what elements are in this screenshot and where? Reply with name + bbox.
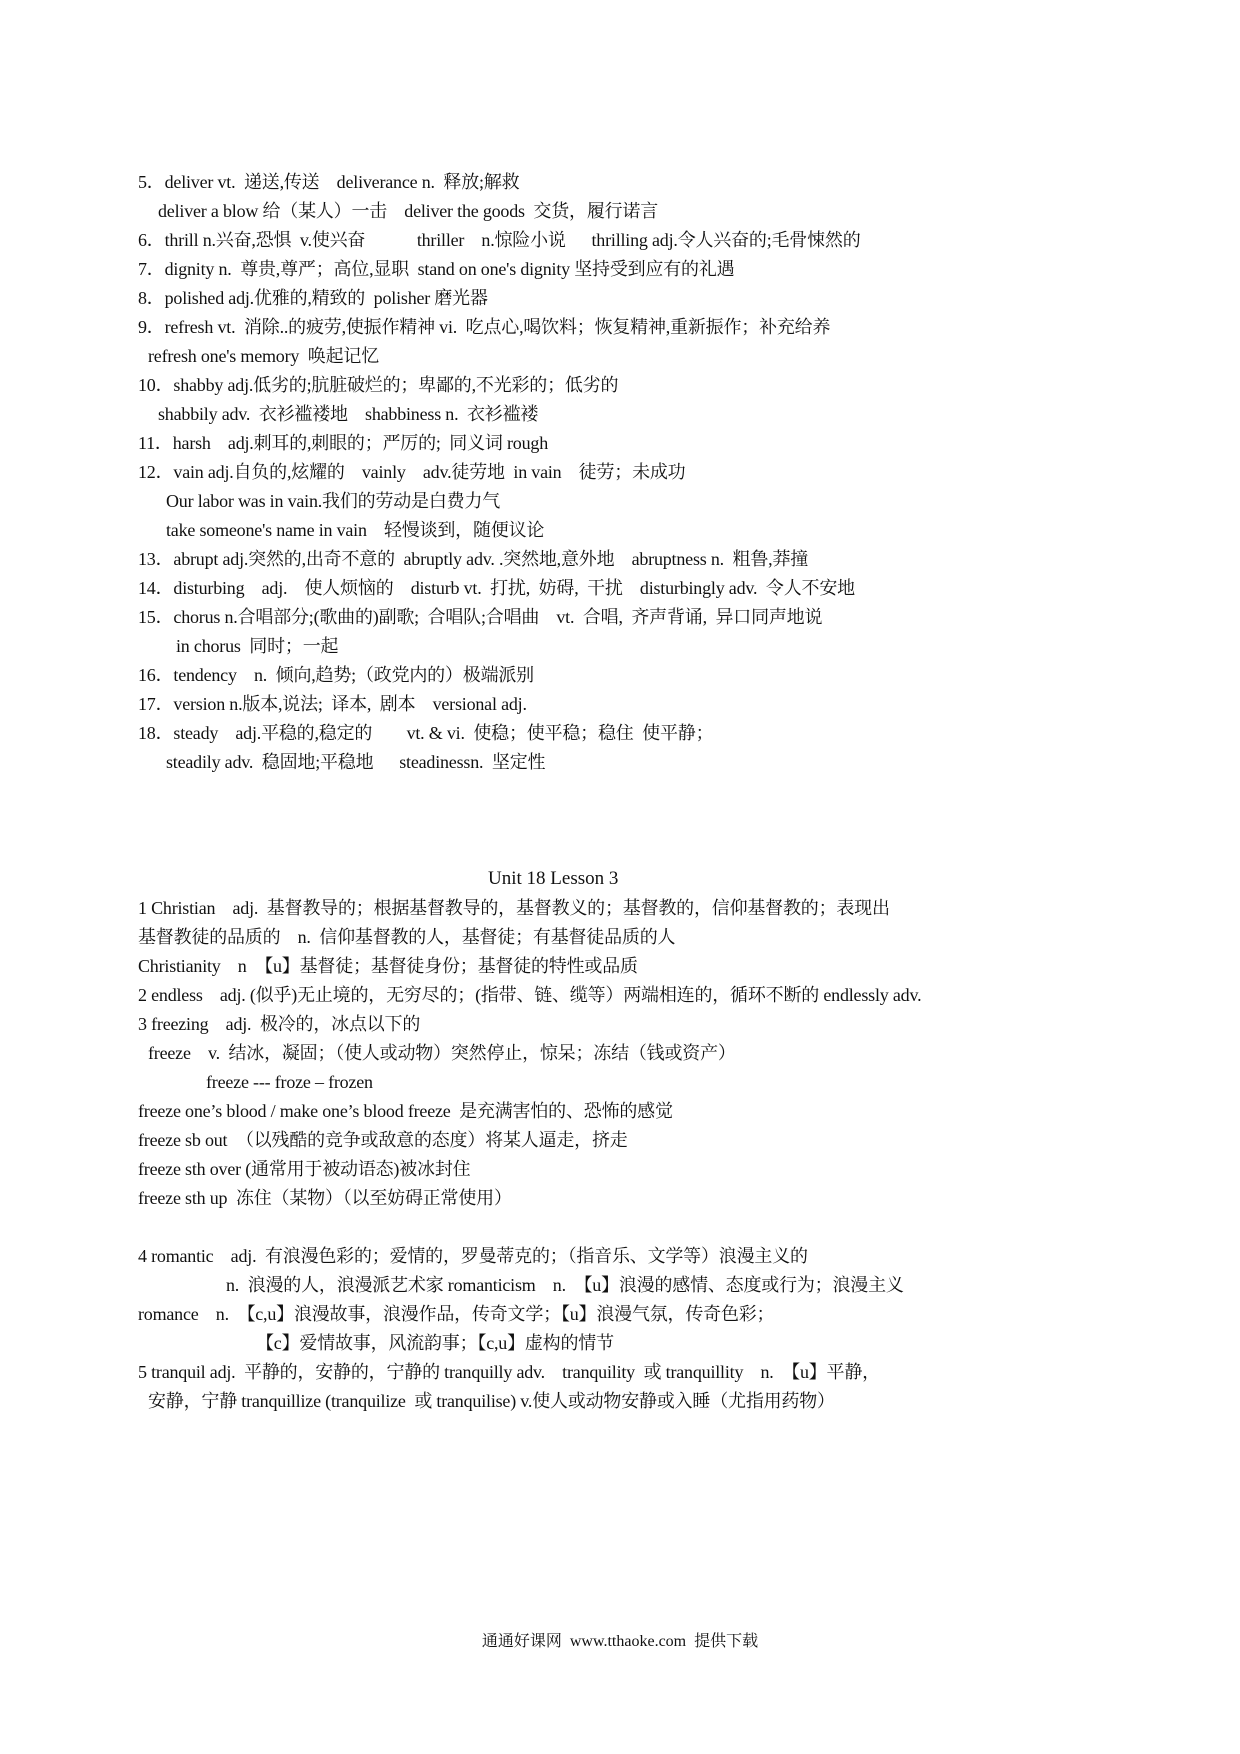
entry-freeze-up: freeze sth up 冻住（某物）（以至妨碍正常使用） [138,1186,512,1210]
entry-harsh: 11．harsh adj.刺耳的,刺眼的；严厉的; 同义词 rough [138,431,548,455]
entry-steady-derivatives: steadily adv. 稳固地;平稳地 steadinessn. 坚定性 [166,750,545,774]
entry-refresh-phrase: refresh one's memory 唤起记忆 [148,344,379,368]
entry-freeze-blood: freeze one’s blood / make one’s blood fr… [138,1099,673,1123]
page-footer: 通通好课网 www.tthaoke.com 提供下载 [0,1632,1240,1652]
entry-freeze-out: freeze sb out （以残酷的竞争或敌意的态度）将某人逼走，挤走 [138,1128,628,1152]
entry-deliver-phrases: deliver a blow 给（某人）一击 deliver the goods… [158,199,658,223]
entry-deliver: 5．deliver vt. 递送,传送 deliverance n. 释放;解救 [138,170,519,194]
entry-vain: 12．vain adj.自负的,炫耀的 vainly adv.徒劳地 in va… [138,460,685,484]
entry-dignity: 7．dignity n. 尊贵,尊严；高位,显职 stand on one's … [138,257,734,281]
entry-chorus-phrase: in chorus 同时；一起 [176,634,338,658]
entry-endless: 2 endless adj. (似乎)无止境的，无穷尽的；(指带、链、缆等）两端… [138,983,921,1007]
entry-romance-cont: 【c】爱情故事，风流韵事；【c,u】虚构的情节 [256,1331,614,1355]
entry-freezing: 3 freezing adj. 极冷的，冰点以下的 [138,1012,420,1036]
entry-refresh: 9．refresh vt. 消除..的疲劳,使振作精神 vi. 吃点心,喝饮料；… [138,315,830,339]
entry-tranquil-cont: 安静，宁静 tranquillize (tranquilize 或 tranqu… [148,1389,835,1413]
entry-chorus: 15．chorus n.合唱部分;(歌曲的)副歌; 合唱队;合唱曲 vt. 合唱… [138,605,822,629]
entry-freeze-forms: freeze --- froze – frozen [206,1070,373,1094]
entry-polished: 8．polished adj.优雅的,精致的 polisher 磨光器 [138,286,488,310]
entry-vain-example: Our labor was in vain.我们的劳动是白费力气 [166,489,500,513]
entry-christian-cont: 基督教徒的品质的 n. 信仰基督教的人，基督徒；有基督徒品质的人 [138,925,675,949]
entry-romantic-noun: n. 浪漫的人，浪漫派艺术家 romanticism n. 【u】浪漫的感情、态… [226,1273,904,1297]
entry-christian: 1 Christian adj. 基督教导的；根据基督教导的，基督教义的；基督教… [138,896,890,920]
entry-romance: romance n. 【c,u】浪漫故事，浪漫作品，传奇文学；【u】浪漫气氛，传… [138,1302,774,1326]
entry-disturbing: 14．disturbing adj. 使人烦恼的 disturb vt. 打扰,… [138,576,855,600]
entry-freeze: freeze v. 结冰，凝固；（使人或动物）突然停止，惊呆；冻结（钱或资产） [148,1041,736,1065]
entry-thrill: 6．thrill n.兴奋,恐惧 v.使兴奋 thriller n.惊险小说 t… [138,228,861,252]
entry-tranquil: 5 tranquil adj. 平静的，安静的，宁静的 tranquilly a… [138,1360,880,1384]
entry-steady: 18．steady adj.平稳的,稳定的 vt. & vi. 使稳；使平稳；稳… [138,721,713,745]
entry-shabby: 10．shabby adj.低劣的;肮脏破烂的；卑鄙的,不光彩的；低劣的 [138,373,618,397]
entry-shabby-derivatives: shabbily adv. 衣衫褴褛地 shabbiness n. 衣衫褴褛 [158,402,538,426]
entry-romantic: 4 romantic adj. 有浪漫色彩的；爱情的，罗曼蒂克的；（指音乐、文学… [138,1244,808,1268]
entry-tendency: 16．tendency n. 倾向,趋势;（政党内的）极端派别 [138,663,534,687]
entry-vain-phrase: take someone's name in vain 轻慢谈到，随便议论 [166,518,544,542]
section-heading: Unit 18 Lesson 3 [488,867,618,891]
entry-version: 17．version n.版本,说法; 译本, 剧本 versional adj… [138,692,527,716]
entry-christianity: Christianity n 【u】基督徒；基督徒身份；基督徒的特性或品质 [138,954,638,978]
entry-freeze-over: freeze sth over (通常用于被动语态)被冰封住 [138,1157,470,1181]
entry-abrupt: 13．abrupt adj.突然的,出奇不意的 abruptly adv. .突… [138,547,808,571]
